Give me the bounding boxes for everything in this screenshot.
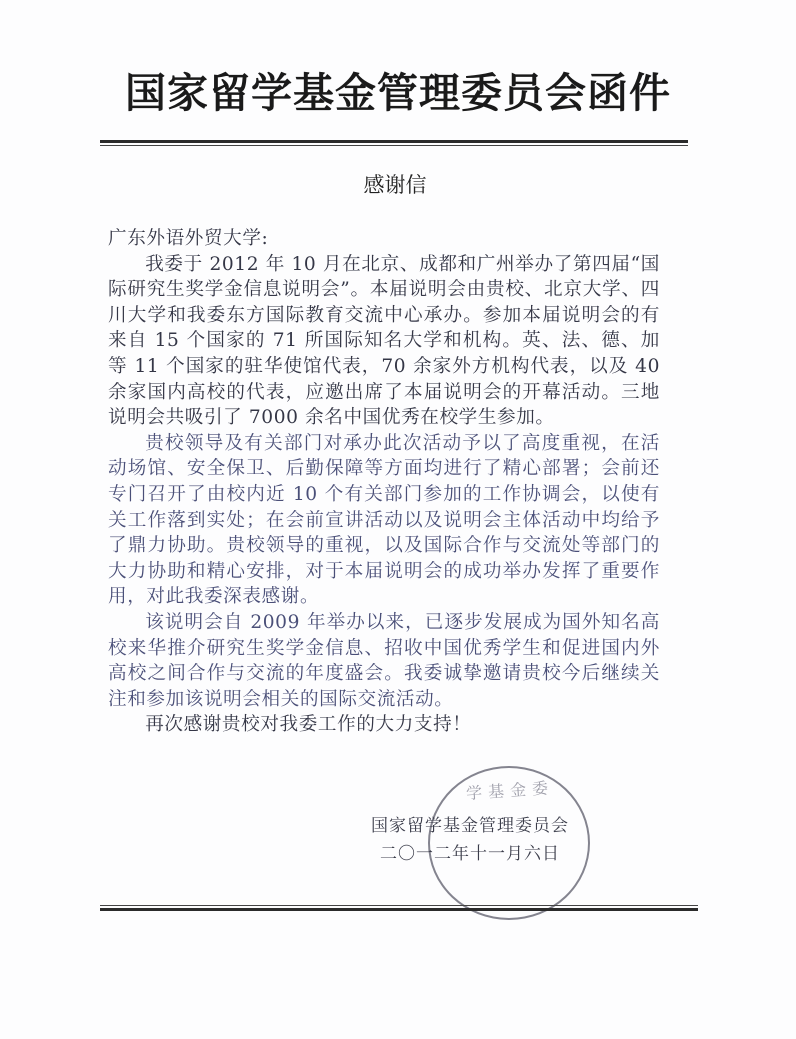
divider-thin-line [100, 145, 688, 146]
paragraph-3: 该说明会自 2009 年举办以来，已逐步发展成为国外知名高校来华推介研究生奖学金… [108, 610, 660, 712]
paragraph-2: 贵校领导及有关部门对承办此次活动予以了高度重视，在活动场馆、安全保卫、后勤保障等… [108, 431, 660, 610]
signature-block: 国家留学基金管理委员会 二〇一二年十一月六日 [340, 812, 600, 868]
salutation: 广东外语外贸大学: [108, 226, 660, 252]
letterhead-divider [100, 140, 688, 146]
signature-organization: 国家留学基金管理委员会 [340, 812, 600, 840]
letterhead-title: 国家留学基金管理委员会函件 [0, 68, 796, 118]
letter-body: 广东外语外贸大学: 我委于 2012 年 10 月在北京、成都和广州举办了第四届… [108, 226, 660, 738]
footer-divider [100, 905, 698, 911]
signature-date: 二〇一二年十一月六日 [340, 840, 600, 868]
paragraph-1: 我委于 2012 年 10 月在北京、成都和广州举办了第四届“国际研究生奖学金信… [108, 252, 660, 431]
divider-thick-line [100, 908, 698, 911]
paragraph-4: 再次感谢贵校对我委工作的大力支持！ [108, 712, 660, 738]
letter-title: 感谢信 [0, 172, 790, 198]
